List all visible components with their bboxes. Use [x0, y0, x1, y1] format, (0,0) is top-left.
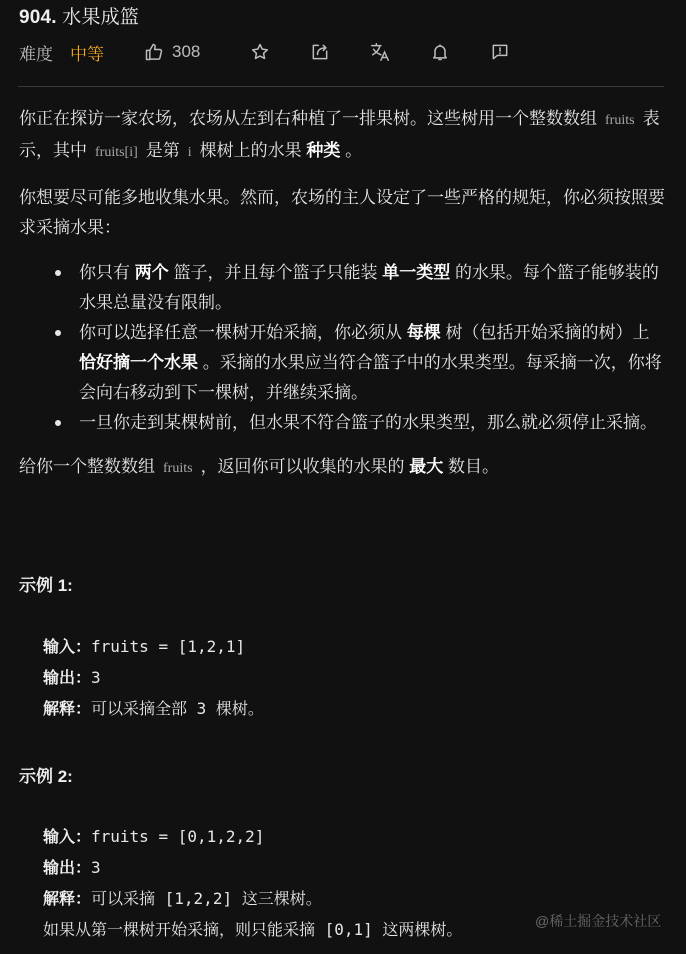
text: 树（包括开始采摘的树）上: [445, 323, 649, 342]
text: 一旦你走到某棵树前，但水果不符合篮子的水果类型，那么就必须停止采摘。: [79, 413, 657, 432]
description-paragraph-3: 给你一个整数数组fruits，返回你可以收集的水果的 最大 数目。: [19, 452, 669, 484]
star-icon: [250, 42, 270, 62]
share-icon: [310, 42, 330, 62]
example-2-title: 示例 2:: [19, 762, 73, 787]
problem-meta: 难度 中等 308: [19, 38, 200, 66]
problem-description: 你正在探访一家农场，农场从左到右种植了一排果树。这些树用一个整数数组fruits…: [19, 104, 669, 499]
text: 篮子，并且每个篮子只能装: [173, 263, 377, 282]
bold-text: 单一类型: [382, 263, 450, 282]
description-paragraph-1: 你正在探访一家农场，农场从左到右种植了一排果树。这些树用一个整数数组fruits…: [19, 104, 669, 168]
like-button[interactable]: 308: [144, 42, 200, 62]
example-1-title: 示例 1:: [19, 571, 73, 596]
text: ，返回你可以收集的水果的: [201, 457, 405, 476]
output-label: 输出：: [43, 668, 91, 687]
input-label: 输入：: [43, 827, 91, 846]
bold-text: 两个: [135, 263, 169, 282]
inline-code: fruits: [155, 461, 201, 476]
rule-item: 一旦你走到某棵树前，但水果不符合篮子的水果类型，那么就必须停止采摘。: [79, 408, 669, 438]
inline-code: fruits[i]: [87, 145, 146, 160]
subscribe-button[interactable]: [428, 40, 452, 64]
translate-icon: [369, 41, 391, 63]
problem-number: 904.: [19, 7, 57, 28]
difficulty-label: 难度: [19, 40, 53, 65]
explain-label: 解释：: [43, 699, 91, 718]
example-explain-line: 解释：可以采摘 [1,2,2] 这三棵树。: [43, 883, 462, 914]
output-label: 输出：: [43, 858, 91, 877]
inline-code: fruits: [597, 113, 643, 128]
bold-text: 种类: [306, 141, 340, 160]
like-count: 308: [172, 42, 200, 62]
bold-text: 最大: [409, 457, 443, 476]
example-input-line: 输入：fruits = [1,2,1]: [43, 631, 264, 662]
problem-title: 904. 水果成篮: [19, 2, 139, 29]
example-input-line: 输入：fruits = [0,1,2,2]: [43, 821, 462, 852]
watermark: @稀土掘金技术社区: [535, 911, 661, 931]
text: 你正在探访一家农场，农场从左到右种植了一排果树。这些树用一个整数数组: [19, 109, 597, 128]
text: 你可以选择任意一棵树开始采摘，你必须从: [79, 323, 402, 342]
rule-item: 你可以选择任意一棵树开始采摘，你必须从 每棵 树（包括开始采摘的树）上 恰好摘一…: [79, 318, 669, 408]
feedback-button[interactable]: [488, 40, 512, 64]
bold-text: 每棵: [407, 323, 441, 342]
explain-value: 可以采摘全部 3 棵树。: [91, 699, 264, 718]
header-divider: [18, 86, 664, 87]
explain-value: 可以采摘 [1,2,2] 这三棵树。: [91, 889, 322, 908]
output-value: 3: [91, 858, 101, 877]
rules-list: 你只有 两个 篮子，并且每个篮子只能装 单一类型 的水果。每个篮子能够装的水果总…: [19, 258, 669, 438]
problem-name: 水果成篮: [62, 7, 139, 28]
inline-code: i: [180, 145, 200, 160]
thumbs-up-icon: [144, 42, 164, 62]
share-button[interactable]: [308, 40, 332, 64]
bold-text: 恰好摘一个水果: [79, 353, 198, 372]
text: 是第: [146, 141, 180, 160]
example-output-line: 输出：3: [43, 662, 264, 693]
rule-item: 你只有 两个 篮子，并且每个篮子只能装 单一类型 的水果。每个篮子能够装的水果总…: [79, 258, 669, 318]
example-explain-line-2: 如果从第一棵树开始采摘，则只能采摘 [0,1] 这两棵树。: [43, 914, 462, 945]
difficulty-badge: 中等: [70, 40, 104, 65]
feedback-icon: [490, 42, 510, 62]
input-value: fruits = [0,1,2,2]: [91, 827, 264, 846]
input-label: 输入：: [43, 637, 91, 656]
translate-button[interactable]: [368, 40, 392, 64]
favorite-button[interactable]: [248, 40, 272, 64]
bell-icon: [430, 42, 450, 62]
text: 你只有: [79, 263, 130, 282]
example-explain-line: 解释：可以采摘全部 3 棵树。: [43, 693, 264, 724]
description-paragraph-2: 你想要尽可能多地收集水果。然而，农场的主人设定了一些严格的规矩，你必须按照要求采…: [19, 183, 669, 243]
text: 棵树上的水果: [200, 141, 302, 160]
output-value: 3: [91, 668, 101, 687]
text: 数目。: [448, 457, 499, 476]
input-value: fruits = [1,2,1]: [91, 637, 245, 656]
example-output-line: 输出：3: [43, 852, 462, 883]
example-2-block: 输入：fruits = [0,1,2,2]输出：3解释：可以采摘 [1,2,2]…: [43, 821, 462, 945]
text: 。: [345, 141, 362, 160]
example-1-block: 输入：fruits = [1,2,1]输出：3解释：可以采摘全部 3 棵树。: [43, 631, 264, 724]
text: 给你一个整数数组: [19, 457, 155, 476]
explain-label: 解释：: [43, 889, 91, 908]
